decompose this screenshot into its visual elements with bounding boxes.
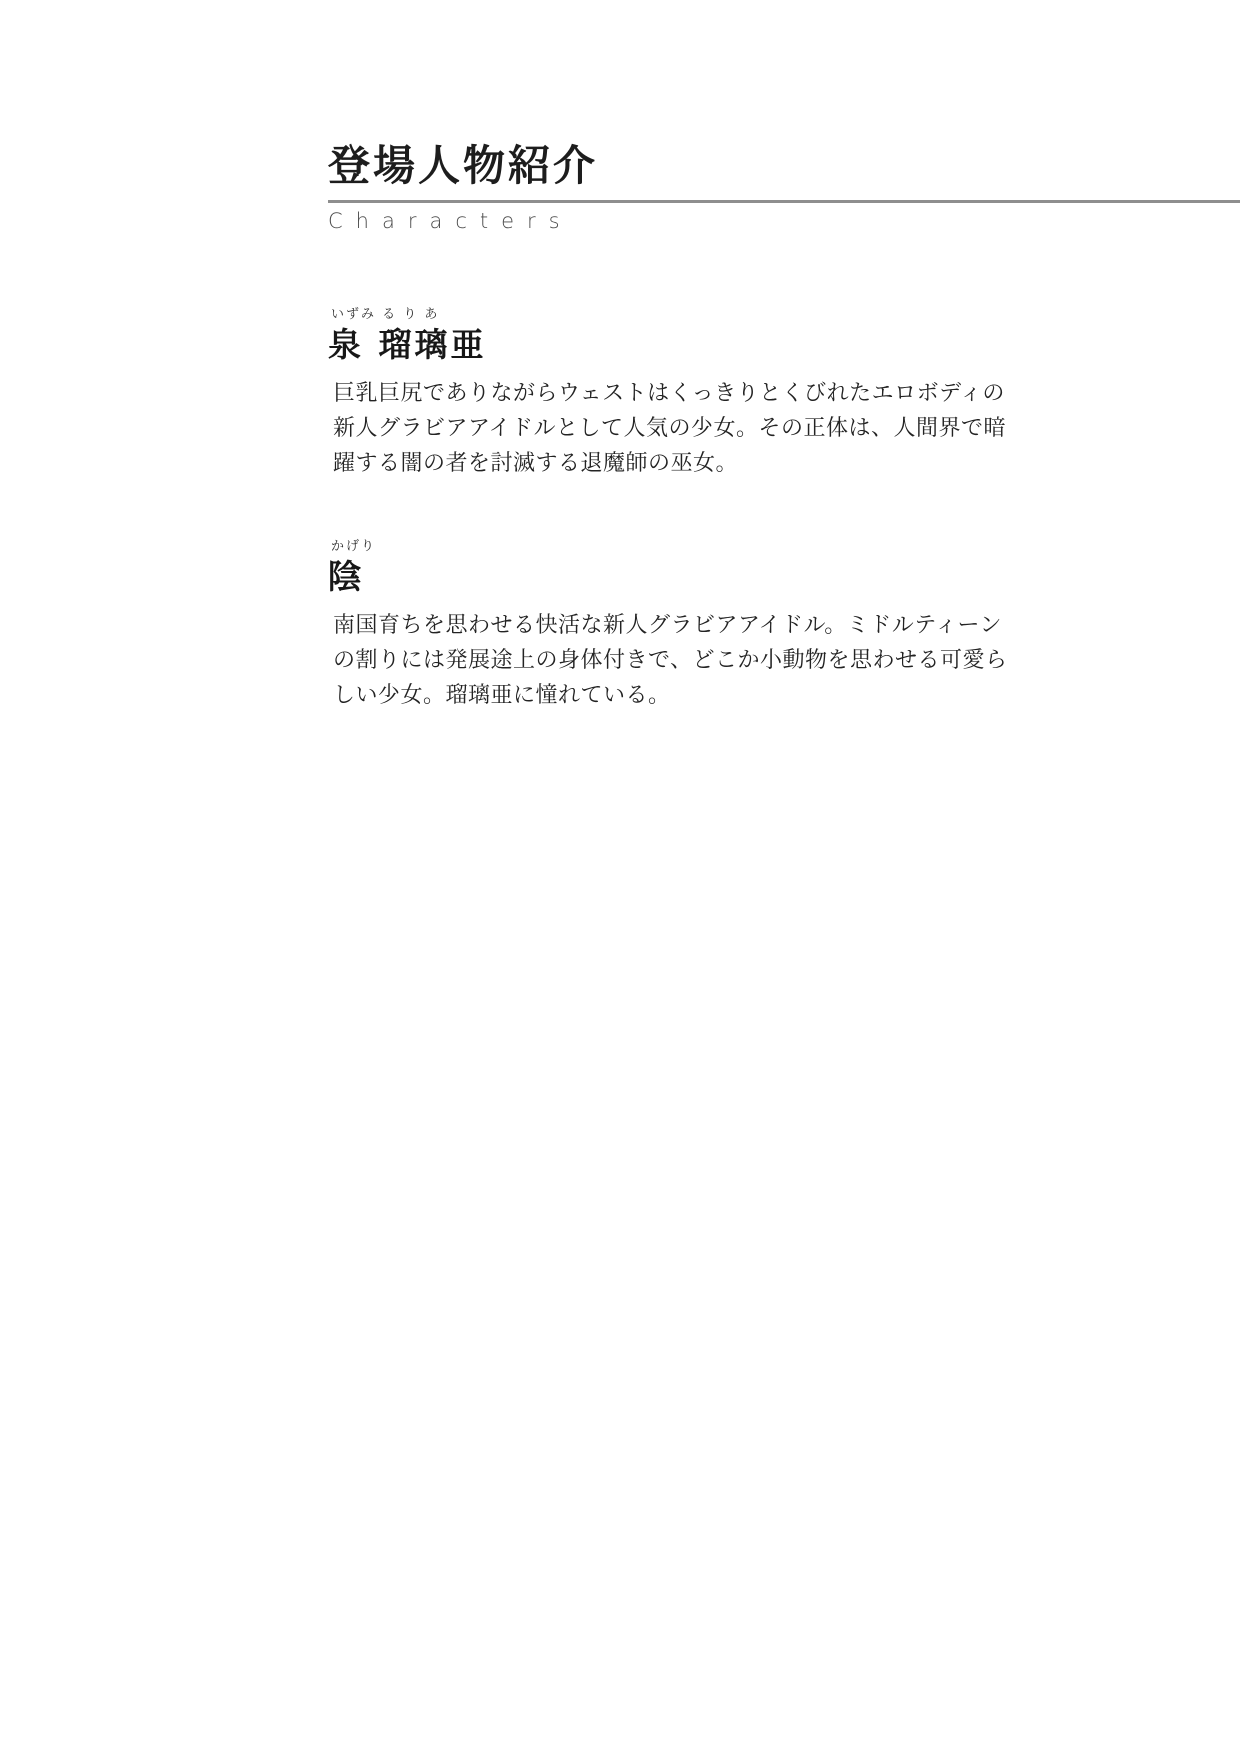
- description-line: しい少女。瑠璃亜に憧れている。: [333, 678, 1008, 713]
- page-title: 登場人物紹介: [328, 138, 1240, 194]
- character-entry-kageri: かげり 陰 南国育ちを思わせる快活な新人グラビアアイドル。ミドルティーン の割り…: [328, 538, 1008, 713]
- description-line: 巨乳巨尻でありながらウェストはくっきりとくびれたエロボディの: [333, 376, 1008, 411]
- description-line: の割りには発展途上の身体付きで、どこか小動物を思わせる可愛ら: [333, 643, 1008, 678]
- character-furigana: いずみ る り あ: [328, 306, 1008, 323]
- page-subtitle: Characters: [328, 209, 1240, 233]
- character-description: 巨乳巨尻でありながらウェストはくっきりとくびれたエロボディの 新人グラビアアイド…: [328, 376, 1008, 481]
- page-header: 登場人物紹介 Characters: [328, 138, 1240, 233]
- description-line: 躍する闇の者を討滅する退魔師の巫女。: [333, 446, 1008, 481]
- character-description: 南国育ちを思わせる快活な新人グラビアアイドル。ミドルティーン の割りには発展途上…: [328, 608, 1008, 713]
- character-name: 泉 瑠璃亜: [328, 325, 1008, 365]
- header-divider: [328, 200, 1240, 203]
- character-name: 陰: [328, 557, 1008, 597]
- book-page: 登場人物紹介 Characters いずみ る り あ 泉 瑠璃亜 巨乳巨尻であ…: [0, 0, 1240, 1748]
- description-line: 新人グラビアアイドルとして人気の少女。その正体は、人間界で暗: [333, 411, 1008, 446]
- character-entry-izumi-ruria: いずみ る り あ 泉 瑠璃亜 巨乳巨尻でありながらウェストはくっきりとくびれた…: [328, 306, 1008, 481]
- character-furigana: かげり: [328, 538, 1008, 555]
- description-line: 南国育ちを思わせる快活な新人グラビアアイドル。ミドルティーン: [333, 608, 1008, 643]
